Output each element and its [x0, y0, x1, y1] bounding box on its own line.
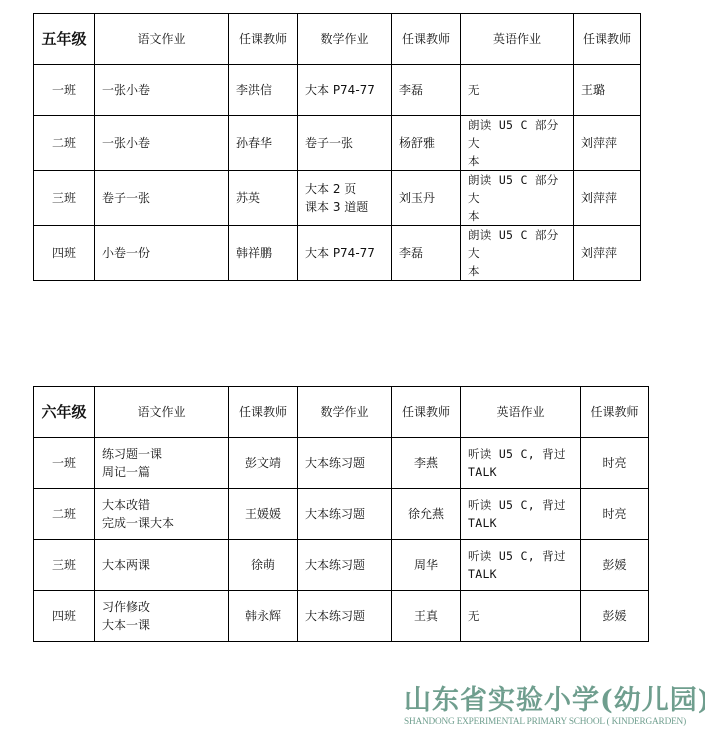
table-row: 四班 习作修改大本一课 韩永辉 大本练习题 王真 无 彭媛 [34, 591, 649, 642]
grade-label: 五年级 [34, 14, 95, 65]
english-teacher: 刘萍萍 [574, 226, 641, 281]
math-teacher: 李燕 [392, 438, 461, 489]
math-line: 大本 P74-77 [305, 244, 384, 262]
chinese-line: 一张小卷 [102, 81, 221, 99]
english-line: 朗读 U5 C 部分大 [468, 226, 566, 262]
english-line: 本 [468, 207, 566, 225]
chinese-homework: 卷子一张 [95, 171, 229, 226]
class-name: 四班 [34, 591, 95, 642]
grade-label: 六年级 [34, 387, 95, 438]
english-teacher: 王璐 [574, 65, 641, 116]
chinese-teacher: 徐萌 [229, 540, 298, 591]
table-row: 二班 大本改错完成一课大本 王媛媛 大本练习题 徐允燕 听读 U5 C, 背过T… [34, 489, 649, 540]
english-homework: 朗读 U5 C 部分大本 [461, 171, 574, 226]
header-teacher: 任课教师 [574, 14, 641, 65]
header-teacher: 任课教师 [392, 14, 461, 65]
chinese-homework: 一张小卷 [95, 116, 229, 171]
math-homework: 大本练习题 [298, 540, 392, 591]
english-teacher: 时亮 [581, 489, 649, 540]
english-teacher: 刘萍萍 [574, 171, 641, 226]
english-teacher: 彭媛 [581, 591, 649, 642]
english-homework: 听读 U5 C, 背过TALK [461, 438, 581, 489]
chinese-homework: 习作修改大本一课 [95, 591, 229, 642]
english-homework: 无 [461, 591, 581, 642]
math-line: 大本练习题 [305, 607, 384, 625]
english-line: 无 [468, 81, 566, 99]
math-teacher: 李磊 [392, 65, 461, 116]
grade6-homework-table: 六年级 语文作业 任课教师 数学作业 任课教师 英语作业 任课教师 一班 练习题… [33, 386, 649, 642]
chinese-line: 大本一课 [102, 616, 221, 634]
english-teacher: 刘萍萍 [574, 116, 641, 171]
math-teacher: 周华 [392, 540, 461, 591]
header-chinese: 语文作业 [95, 14, 229, 65]
math-line: 大本 2 页 [305, 180, 384, 198]
english-line: 听读 U5 C, 背过 [468, 547, 573, 565]
math-teacher: 刘玉丹 [392, 171, 461, 226]
math-homework: 大本练习题 [298, 489, 392, 540]
english-homework: 朗读 U5 C 部分大本 [461, 226, 574, 281]
math-homework: 大本 2 页课本 3 道题 [298, 171, 392, 226]
math-line: 课本 3 道题 [305, 198, 384, 216]
math-line: 卷子一张 [305, 134, 384, 152]
english-homework: 朗读 U5 C 部分大本 [461, 116, 574, 171]
chinese-line: 大本两课 [102, 556, 221, 574]
class-name: 二班 [34, 489, 95, 540]
math-homework: 大本练习题 [298, 591, 392, 642]
header-teacher: 任课教师 [229, 387, 298, 438]
chinese-line: 练习题一课 [102, 445, 221, 463]
school-name-en: SHANDONG EXPERIMENTAL PRIMARY SCHOOL ( K… [404, 716, 700, 728]
table-row: 二班 一张小卷 孙春华 卷子一张 杨舒雅 朗读 U5 C 部分大本 刘萍萍 [34, 116, 641, 171]
chinese-homework: 大本改错完成一课大本 [95, 489, 229, 540]
english-line: TALK [468, 514, 573, 532]
math-teacher: 王真 [392, 591, 461, 642]
chinese-line: 卷子一张 [102, 189, 221, 207]
table-header-row: 五年级 语文作业 任课教师 数学作业 任课教师 英语作业 任课教师 [34, 14, 641, 65]
math-teacher: 徐允燕 [392, 489, 461, 540]
english-teacher: 时亮 [581, 438, 649, 489]
class-name: 三班 [34, 540, 95, 591]
chinese-teacher: 王媛媛 [229, 489, 298, 540]
chinese-line: 周记一篇 [102, 463, 221, 481]
class-name: 一班 [34, 438, 95, 489]
header-english: 英语作业 [461, 387, 581, 438]
header-teacher: 任课教师 [581, 387, 649, 438]
math-homework: 大本 P74-77 [298, 226, 392, 281]
table-row: 一班 一张小卷 李洪信 大本 P74-77 李磊 无 王璐 [34, 65, 641, 116]
english-homework: 听读 U5 C, 背过TALK [461, 540, 581, 591]
chinese-homework: 一张小卷 [95, 65, 229, 116]
english-teacher: 彭媛 [581, 540, 649, 591]
english-homework: 听读 U5 C, 背过TALK [461, 489, 581, 540]
chinese-teacher: 苏英 [229, 171, 298, 226]
class-name: 三班 [34, 171, 95, 226]
chinese-homework: 练习题一课周记一篇 [95, 438, 229, 489]
math-line: 大本练习题 [305, 556, 384, 574]
chinese-teacher: 韩永辉 [229, 591, 298, 642]
chinese-homework: 小卷一份 [95, 226, 229, 281]
english-line: TALK [468, 463, 573, 481]
table-row: 一班 练习题一课周记一篇 彭文靖 大本练习题 李燕 听读 U5 C, 背过TAL… [34, 438, 649, 489]
chinese-line: 习作修改 [102, 598, 221, 616]
chinese-teacher: 孙春华 [229, 116, 298, 171]
chinese-line: 小卷一份 [102, 244, 221, 262]
math-line: 大本 P74-77 [305, 81, 384, 99]
header-chinese: 语文作业 [95, 387, 229, 438]
math-homework: 大本 P74-77 [298, 65, 392, 116]
english-line: 本 [468, 152, 566, 170]
english-line: 听读 U5 C, 背过 [468, 496, 573, 514]
math-teacher: 杨舒雅 [392, 116, 461, 171]
chinese-teacher: 彭文靖 [229, 438, 298, 489]
header-math: 数学作业 [298, 387, 392, 438]
chinese-teacher: 韩祥鹏 [229, 226, 298, 281]
math-line: 大本练习题 [305, 505, 384, 523]
table-header-row: 六年级 语文作业 任课教师 数学作业 任课教师 英语作业 任课教师 [34, 387, 649, 438]
class-name: 一班 [34, 65, 95, 116]
math-line: 大本练习题 [305, 454, 384, 472]
english-line: 朗读 U5 C 部分大 [468, 116, 566, 152]
math-homework: 大本练习题 [298, 438, 392, 489]
english-line: 朗读 U5 C 部分大 [468, 171, 566, 207]
header-math: 数学作业 [298, 14, 392, 65]
chinese-teacher: 李洪信 [229, 65, 298, 116]
english-line: 本 [468, 262, 566, 280]
table-row: 四班 小卷一份 韩祥鹏 大本 P74-77 李磊 朗读 U5 C 部分大本 刘萍… [34, 226, 641, 281]
math-homework: 卷子一张 [298, 116, 392, 171]
class-name: 二班 [34, 116, 95, 171]
header-english: 英语作业 [461, 14, 574, 65]
school-logo: 山东省实验小学(幼儿园) SHANDONG EXPERIMENTAL PRIMA… [404, 686, 700, 728]
grade5-homework-table: 五年级 语文作业 任课教师 数学作业 任课教师 英语作业 任课教师 一班 一张小… [33, 13, 641, 281]
table-row: 三班 卷子一张 苏英 大本 2 页课本 3 道题 刘玉丹 朗读 U5 C 部分大… [34, 171, 641, 226]
class-name: 四班 [34, 226, 95, 281]
header-teacher: 任课教师 [392, 387, 461, 438]
chinese-line: 一张小卷 [102, 134, 221, 152]
table-row: 三班 大本两课 徐萌 大本练习题 周华 听读 U5 C, 背过TALK 彭媛 [34, 540, 649, 591]
header-teacher: 任课教师 [229, 14, 298, 65]
chinese-homework: 大本两课 [95, 540, 229, 591]
english-homework: 无 [461, 65, 574, 116]
english-line: TALK [468, 565, 573, 583]
english-line: 听读 U5 C, 背过 [468, 445, 573, 463]
chinese-line: 完成一课大本 [102, 514, 221, 532]
chinese-line: 大本改错 [102, 496, 221, 514]
school-name-cn: 山东省实验小学(幼儿园) [404, 686, 700, 716]
english-line: 无 [468, 607, 573, 625]
math-teacher: 李磊 [392, 226, 461, 281]
